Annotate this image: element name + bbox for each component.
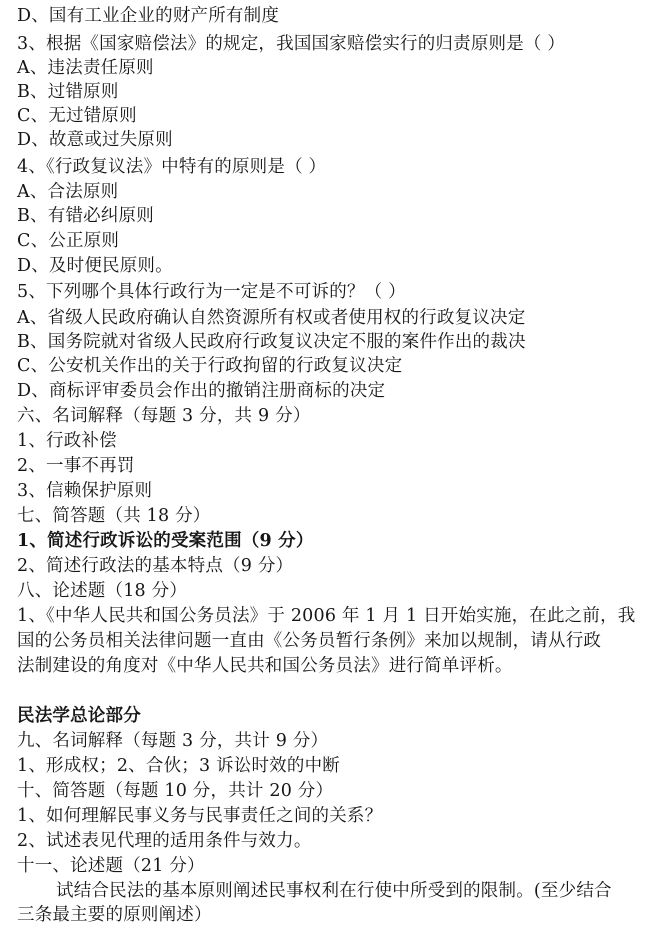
text-line: D、国有工业企业的财产所有制度: [17, 4, 279, 28]
text-line: A、违法责任原则: [17, 56, 154, 80]
text-line: 法制建设的角度对《中华人民共和国公务员法》进行简单评析。: [17, 654, 513, 678]
text-line: 民法学总论部分: [17, 704, 141, 728]
text-line: C、无过错原则: [17, 104, 137, 128]
text-line: 十一、论述题（21 分）: [17, 854, 205, 878]
text-line: 5、下列哪个具体行政行为一定是不可诉的？（ ）: [17, 280, 406, 304]
text-line: 2、一事不再罚: [17, 454, 135, 478]
text-line: 六、名词解释（每题 3 分，共 9 分）: [17, 404, 311, 428]
text-line: D、故意或过失原则: [17, 128, 173, 152]
text-line: C、公正原则: [17, 229, 119, 253]
text-line: 十、简答题（每题 10 分，共计 20 分）: [17, 779, 333, 803]
text-line: C、公安机关作出的关于行政拘留的行政复议决定: [17, 354, 402, 378]
text-line: 三条最主要的原则阐述）: [17, 903, 212, 927]
text-line: D、及时便民原则。: [17, 254, 173, 278]
text-line: 1、简述行政诉讼的受案范围（9 分）: [17, 529, 314, 553]
text-line: B、有错必纠原则: [17, 204, 154, 228]
text-line: 3、信赖保护原则: [17, 479, 152, 503]
text-line: 九、名词解释（每题 3 分，共计 9 分）: [17, 729, 328, 753]
text-line: D、商标评审委员会作出的撤销注册商标的决定: [17, 379, 385, 403]
text-line: 1、行政补偿: [17, 429, 117, 453]
text-line: A、合法原则: [17, 180, 118, 204]
text-line: 七、简答题（共 18 分）: [17, 504, 211, 528]
text-line: 3、根据《国家赔偿法》的规定，我国国家赔偿实行的归责原则是（ ）: [17, 32, 565, 56]
text-line: 试结合民法的基本原则阐述民事权利在行使中所受到的限制。(至少结合: [56, 879, 612, 903]
text-line: 2、试述表见代理的适用条件与效力。: [17, 829, 312, 853]
text-line: 2、简述行政法的基本特点（9 分）: [17, 554, 293, 578]
text-line: 国的公务员相关法律问题一直由《公务员暂行条例》来加以规制，请从行政: [17, 629, 601, 653]
text-line: B、国务院就对省级人民政府行政复议决定不服的案件作出的裁决: [17, 330, 526, 354]
text-line: 1、《中华人民共和国公务员法》于 2006 年 1 月 1 日开始实施，在此之前…: [17, 604, 635, 628]
text-line: 4、《行政复议法》中特有的原则是（ ）: [17, 155, 326, 179]
text-line: A、省级人民政府确认自然资源所有权或者使用权的行政复议决定: [17, 306, 525, 330]
text-line: B、过错原则: [17, 80, 119, 104]
text-line: 1、形成权；2、合伙；3 诉讼时效的中断: [17, 754, 340, 778]
text-line: 八、论述题（18 分）: [17, 579, 187, 603]
exam-page: D、国有工业企业的财产所有制度3、根据《国家赔偿法》的规定，我国国家赔偿实行的归…: [0, 0, 661, 930]
text-line: 1、如何理解民事义务与民事责任之间的关系？: [17, 804, 382, 828]
